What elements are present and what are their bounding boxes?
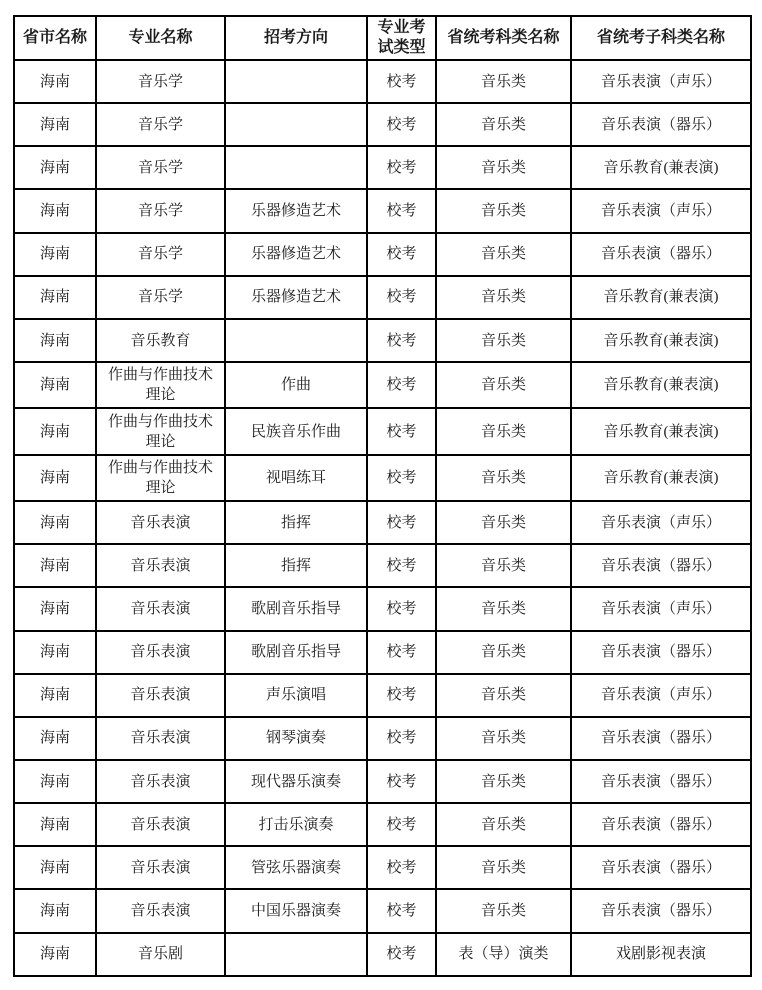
table-cell: 海南	[14, 803, 96, 846]
table-row: 海南音乐学校考音乐类音乐表演（声乐）	[14, 60, 751, 103]
table-cell: 校考	[367, 233, 436, 276]
table-cell: 音乐剧	[96, 933, 225, 976]
table-cell: 海南	[14, 631, 96, 674]
table-row: 海南音乐学乐器修造艺术校考音乐类音乐表演（声乐）	[14, 189, 751, 232]
table-row: 海南作曲与作曲技术理论作曲校考音乐类音乐教育(兼表演)	[14, 362, 751, 408]
table-cell: 音乐表演（器乐）	[571, 631, 751, 674]
table-row: 海南作曲与作曲技术理论视唱练耳校考音乐类音乐教育(兼表演)	[14, 455, 751, 501]
table-cell: 音乐学	[96, 103, 225, 146]
table-cell: 音乐类	[436, 408, 571, 454]
table-header: 省市名称 专业名称 招考方向 专业考试类型 省统考科类名称 省统考子科类名称	[14, 16, 751, 60]
table-cell: 民族音乐作曲	[225, 408, 367, 454]
table-cell: 音乐类	[436, 455, 571, 501]
table-cell: 音乐类	[436, 587, 571, 630]
table-cell: 海南	[14, 146, 96, 189]
table-cell: 校考	[367, 60, 436, 103]
table-cell: 音乐表演	[96, 501, 225, 544]
table-cell: 校考	[367, 889, 436, 932]
table-cell: 海南	[14, 544, 96, 587]
table-cell: 音乐表演	[96, 889, 225, 932]
table-row: 海南音乐表演管弦乐器演奏校考音乐类音乐表演（器乐）	[14, 846, 751, 889]
table-cell: 海南	[14, 233, 96, 276]
table-cell: 音乐学	[96, 189, 225, 232]
table-cell: 音乐表演（器乐）	[571, 717, 751, 760]
table-cell: 海南	[14, 889, 96, 932]
table-cell: 音乐表演（声乐）	[571, 674, 751, 717]
table-cell: 作曲与作曲技术理论	[96, 455, 225, 501]
table-cell: 现代器乐演奏	[225, 760, 367, 803]
table-cell	[225, 103, 367, 146]
table-cell: 校考	[367, 544, 436, 587]
table-row: 海南音乐表演歌剧音乐指导校考音乐类音乐表演（器乐）	[14, 631, 751, 674]
table-row: 海南音乐学乐器修造艺术校考音乐类音乐教育(兼表演)	[14, 276, 751, 319]
table-cell: 音乐表演	[96, 587, 225, 630]
table-row: 海南音乐学乐器修造艺术校考音乐类音乐表演（器乐）	[14, 233, 751, 276]
table-cell: 中国乐器演奏	[225, 889, 367, 932]
table-cell: 音乐表演（声乐）	[571, 501, 751, 544]
table-cell: 音乐类	[436, 889, 571, 932]
table-row: 海南音乐表演钢琴演奏校考音乐类音乐表演（器乐）	[14, 717, 751, 760]
table-row: 海南音乐学校考音乐类音乐教育(兼表演)	[14, 146, 751, 189]
header-major: 专业名称	[96, 16, 225, 60]
table-cell: 音乐类	[436, 674, 571, 717]
table-cell: 音乐表演	[96, 674, 225, 717]
table-cell: 乐器修造艺术	[225, 189, 367, 232]
header-unified-subcategory: 省统考子科类名称	[571, 16, 751, 60]
table-cell: 海南	[14, 846, 96, 889]
table-cell: 音乐表演（器乐）	[571, 803, 751, 846]
table-cell: 音乐表演	[96, 717, 225, 760]
table-cell: 指挥	[225, 544, 367, 587]
table-cell: 音乐表演（声乐）	[571, 587, 751, 630]
table-cell: 校考	[367, 276, 436, 319]
table-cell: 音乐类	[436, 717, 571, 760]
table-cell	[225, 146, 367, 189]
table-cell: 校考	[367, 631, 436, 674]
table-cell: 音乐表演（器乐）	[571, 846, 751, 889]
table-body: 海南音乐学校考音乐类音乐表演（声乐）海南音乐学校考音乐类音乐表演（器乐）海南音乐…	[14, 60, 751, 976]
table-cell: 音乐类	[436, 103, 571, 146]
table-cell: 音乐类	[436, 501, 571, 544]
table-cell: 戏剧影视表演	[571, 933, 751, 976]
table-cell: 音乐表演	[96, 846, 225, 889]
table-cell: 校考	[367, 319, 436, 362]
header-direction: 招考方向	[225, 16, 367, 60]
table-cell: 钢琴演奏	[225, 717, 367, 760]
table-cell: 音乐表演（声乐）	[571, 189, 751, 232]
table-cell: 音乐教育(兼表演)	[571, 319, 751, 362]
table-cell: 作曲	[225, 362, 367, 408]
table-cell: 音乐类	[436, 362, 571, 408]
table-cell: 音乐教育(兼表演)	[571, 276, 751, 319]
table-cell: 音乐学	[96, 276, 225, 319]
table-cell: 海南	[14, 362, 96, 408]
table-cell: 音乐类	[436, 60, 571, 103]
table-cell: 音乐学	[96, 233, 225, 276]
table-cell	[225, 60, 367, 103]
table-row: 海南音乐表演中国乐器演奏校考音乐类音乐表演（器乐）	[14, 889, 751, 932]
table-cell: 音乐教育	[96, 319, 225, 362]
table-cell: 海南	[14, 319, 96, 362]
table-cell: 校考	[367, 362, 436, 408]
table-cell: 乐器修造艺术	[225, 276, 367, 319]
table-cell: 海南	[14, 455, 96, 501]
table-cell: 海南	[14, 189, 96, 232]
table-cell: 海南	[14, 408, 96, 454]
table-cell: 海南	[14, 933, 96, 976]
table-cell: 音乐教育(兼表演)	[571, 455, 751, 501]
table-cell: 音乐类	[436, 146, 571, 189]
table-cell: 音乐表演（声乐）	[571, 60, 751, 103]
table-cell: 校考	[367, 146, 436, 189]
table-row: 海南音乐教育校考音乐类音乐教育(兼表演)	[14, 319, 751, 362]
table-cell: 海南	[14, 674, 96, 717]
table-cell: 音乐教育(兼表演)	[571, 362, 751, 408]
table-row: 海南音乐表演歌剧音乐指导校考音乐类音乐表演（声乐）	[14, 587, 751, 630]
header-province: 省市名称	[14, 16, 96, 60]
table-cell: 表（导）演类	[436, 933, 571, 976]
header-exam-type: 专业考试类型	[367, 16, 436, 60]
table-cell: 音乐类	[436, 803, 571, 846]
table-cell	[225, 933, 367, 976]
table-cell: 校考	[367, 803, 436, 846]
table-row: 海南音乐学校考音乐类音乐表演（器乐）	[14, 103, 751, 146]
table-cell	[225, 319, 367, 362]
table-cell: 打击乐演奏	[225, 803, 367, 846]
table-cell: 音乐类	[436, 760, 571, 803]
table-cell: 海南	[14, 501, 96, 544]
table-cell: 管弦乐器演奏	[225, 846, 367, 889]
table-cell: 音乐表演（器乐）	[571, 103, 751, 146]
table-cell: 音乐表演（器乐）	[571, 760, 751, 803]
header-unified-category: 省统考科类名称	[436, 16, 571, 60]
table-cell: 校考	[367, 674, 436, 717]
table-cell: 校考	[367, 587, 436, 630]
table-row: 海南音乐剧校考表（导）演类戏剧影视表演	[14, 933, 751, 976]
document-page: 省市名称 专业名称 招考方向 专业考试类型 省统考科类名称 省统考子科类名称 海…	[0, 0, 762, 990]
table-cell: 音乐表演（器乐）	[571, 544, 751, 587]
table-cell: 声乐演唱	[225, 674, 367, 717]
table-cell: 校考	[367, 103, 436, 146]
table-cell: 乐器修造艺术	[225, 233, 367, 276]
table-row: 海南音乐表演现代器乐演奏校考音乐类音乐表演（器乐）	[14, 760, 751, 803]
table-cell: 校考	[367, 189, 436, 232]
table-cell: 音乐学	[96, 146, 225, 189]
table-cell: 歌剧音乐指导	[225, 631, 367, 674]
table-cell: 音乐教育(兼表演)	[571, 408, 751, 454]
exam-category-table: 省市名称 专业名称 招考方向 专业考试类型 省统考科类名称 省统考子科类名称 海…	[13, 15, 752, 977]
table-cell: 作曲与作曲技术理论	[96, 408, 225, 454]
table-cell: 海南	[14, 60, 96, 103]
table-row: 海南作曲与作曲技术理论民族音乐作曲校考音乐类音乐教育(兼表演)	[14, 408, 751, 454]
table-cell: 音乐类	[436, 631, 571, 674]
table-cell: 校考	[367, 717, 436, 760]
table-cell: 校考	[367, 408, 436, 454]
table-cell: 音乐学	[96, 60, 225, 103]
table-cell: 音乐类	[436, 544, 571, 587]
table-cell: 作曲与作曲技术理论	[96, 362, 225, 408]
table-row: 海南音乐表演声乐演唱校考音乐类音乐表演（声乐）	[14, 674, 751, 717]
table-cell: 海南	[14, 717, 96, 760]
table-cell: 指挥	[225, 501, 367, 544]
table-cell: 校考	[367, 933, 436, 976]
table-cell: 音乐表演（器乐）	[571, 889, 751, 932]
table-cell: 校考	[367, 455, 436, 501]
table-cell: 音乐表演	[96, 760, 225, 803]
table-row: 海南音乐表演打击乐演奏校考音乐类音乐表演（器乐）	[14, 803, 751, 846]
table-cell: 校考	[367, 501, 436, 544]
table-cell: 音乐表演（器乐）	[571, 233, 751, 276]
table-cell: 海南	[14, 276, 96, 319]
table-cell: 视唱练耳	[225, 455, 367, 501]
table-cell: 海南	[14, 587, 96, 630]
table-cell: 音乐类	[436, 276, 571, 319]
header-row: 省市名称 专业名称 招考方向 专业考试类型 省统考科类名称 省统考子科类名称	[14, 16, 751, 60]
table-cell: 校考	[367, 846, 436, 889]
table-cell: 音乐表演	[96, 803, 225, 846]
table-row: 海南音乐表演指挥校考音乐类音乐表演（声乐）	[14, 501, 751, 544]
table-cell: 歌剧音乐指导	[225, 587, 367, 630]
table-cell: 音乐表演	[96, 631, 225, 674]
table-cell: 音乐类	[436, 846, 571, 889]
table-cell: 海南	[14, 103, 96, 146]
table-cell: 校考	[367, 760, 436, 803]
table-cell: 音乐教育(兼表演)	[571, 146, 751, 189]
table-cell: 音乐表演	[96, 544, 225, 587]
table-cell: 音乐类	[436, 233, 571, 276]
table-cell: 海南	[14, 760, 96, 803]
table-cell: 音乐类	[436, 189, 571, 232]
table-cell: 音乐类	[436, 319, 571, 362]
table-row: 海南音乐表演指挥校考音乐类音乐表演（器乐）	[14, 544, 751, 587]
